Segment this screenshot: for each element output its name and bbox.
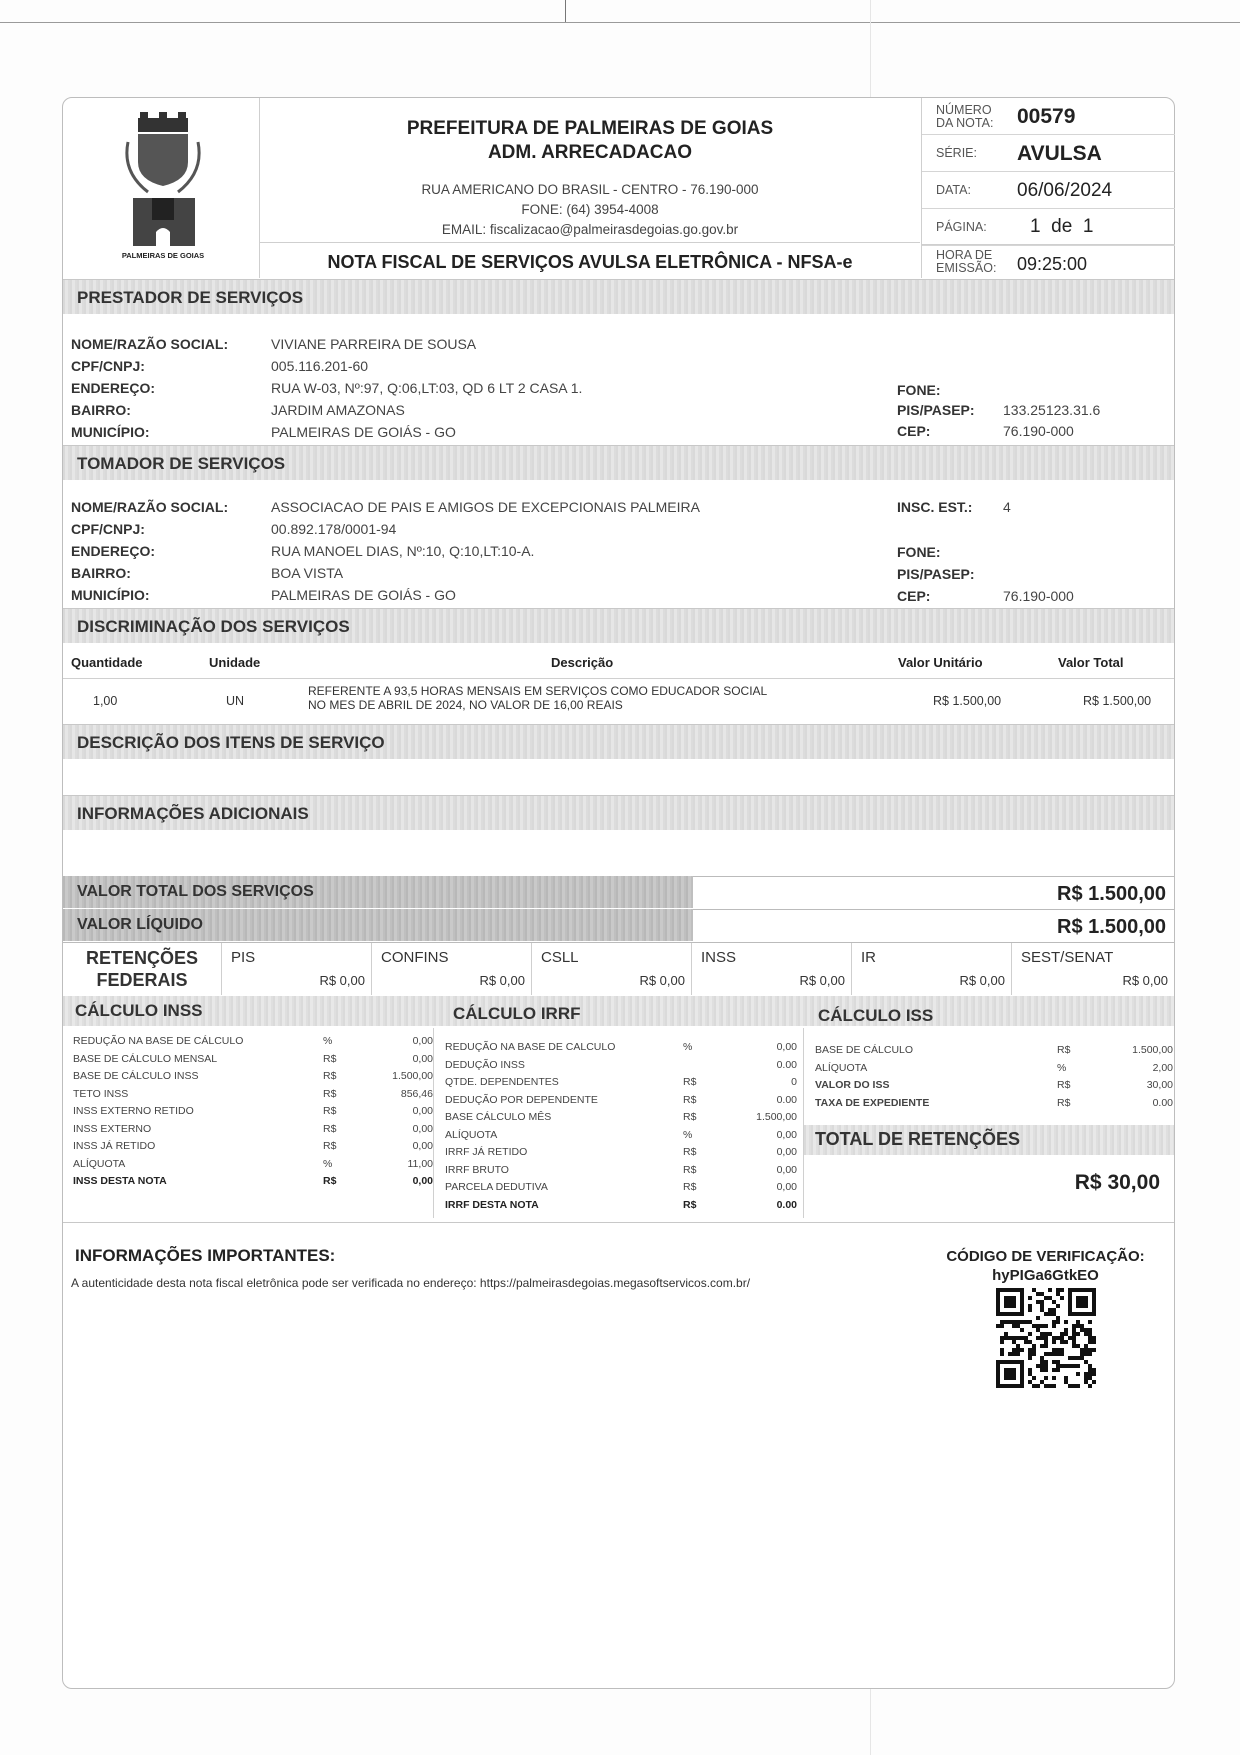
- prestador-cpf-label: CPF/CNPJ:: [71, 358, 145, 374]
- numero-label: NÚMERODA NOTA:: [936, 104, 993, 130]
- row-quantidade: 1,00: [93, 694, 117, 708]
- tomador-nome-label: NOME/RAZÃO SOCIAL:: [71, 499, 228, 515]
- data-value: 06/06/2024: [1017, 180, 1112, 202]
- prestador-fone-label: FONE:: [897, 382, 941, 398]
- serie-label: SÉRIE:: [936, 147, 977, 160]
- qr-code-icon[interactable]: [996, 1288, 1096, 1388]
- tomador-insc: 4: [1003, 499, 1011, 515]
- calc-header-bar: [63, 996, 1174, 1026]
- valor-liquido: R$ 1.500,00: [1057, 916, 1166, 939]
- prestador-pis-label: PIS/PASEP:: [897, 402, 975, 418]
- calc-value: 0,00: [413, 1175, 433, 1187]
- calc-row: DEDUÇÃO INSS0.00: [445, 1059, 797, 1076]
- prestador-endereco: RUA W-03, Nº:97, Q:06,LT:03, QD 6 LT 2 C…: [271, 380, 582, 396]
- calc-row: INSS EXTERNOR$0,00: [73, 1123, 433, 1140]
- org-phone: FONE: (64) 3954-4008: [260, 202, 920, 217]
- calc-value: 0: [791, 1076, 797, 1088]
- tomador-cep: 76.190-000: [1003, 588, 1074, 604]
- tomador-municipio: PALMEIRAS DE GOIÁS - GO: [271, 587, 456, 603]
- header-meta: NÚMERODA NOTA: 00579 SÉRIE: AVULSA DATA:…: [921, 98, 1175, 278]
- calc-label: PARCELA DEDUTIVA: [445, 1181, 548, 1193]
- retencao-label: CSLL: [541, 949, 579, 966]
- retencao-inss: INSSR$ 0,00: [691, 943, 852, 995]
- numero-value: 00579: [1017, 105, 1075, 129]
- calc-label: QTDE. DEPENDENTES: [445, 1076, 559, 1088]
- nfsa-document: PALMEIRAS DE GOIAS PREFEITURA DE PALMEIR…: [62, 97, 1175, 1689]
- col-descricao: Descrição: [551, 655, 613, 670]
- calc-row: DEDUÇÃO POR DEPENDENTER$0.00: [445, 1094, 797, 1111]
- calc-value: 856,46: [401, 1088, 433, 1100]
- calc-row: BASE CÁLCULO MÊSR$1.500,00: [445, 1111, 797, 1128]
- calc-row: VALOR DO ISSR$30,00: [815, 1079, 1173, 1096]
- pagina-value: 1 de 1: [1030, 216, 1093, 238]
- calc-value: 0.00: [777, 1199, 797, 1211]
- tomador-insc-label: INSC. EST.:: [897, 499, 972, 515]
- calc-unit: %: [683, 1129, 692, 1141]
- calc-label: REDUÇÃO NA BASE DE CÁLCULO: [73, 1035, 243, 1047]
- calc-value: 2,00: [1153, 1062, 1173, 1074]
- calculo-iss-title: CÁLCULO ISS: [818, 1006, 933, 1026]
- calc-unit: R$: [683, 1164, 696, 1176]
- calc-label: IRRF JÁ RETIDO: [445, 1146, 527, 1158]
- calc-row: IRRF DESTA NOTAR$0.00: [445, 1199, 797, 1216]
- calc-unit: R$: [683, 1146, 696, 1158]
- calc-value: 0,00: [777, 1164, 797, 1176]
- retencao-value: R$ 0,00: [639, 973, 685, 988]
- data-label: DATA:: [936, 184, 971, 197]
- calc-unit: %: [323, 1035, 332, 1047]
- calc-value: 0.00: [1153, 1097, 1173, 1109]
- calc-value: 0,00: [777, 1181, 797, 1193]
- calc-value: 1.500,00: [1132, 1044, 1173, 1056]
- calc-value: 0,00: [413, 1105, 433, 1117]
- row-valor-unitario: R$ 1.500,00: [933, 694, 1001, 708]
- calc-unit: R$: [323, 1088, 336, 1100]
- retencoes-federais: RETENÇÕESFEDERAIS PISR$ 0,00CONFINSR$ 0,…: [63, 942, 1174, 995]
- calc-row: ALÍQUOTA%2,00: [815, 1062, 1173, 1079]
- section-prestador: PRESTADOR DE SERVIÇOS: [63, 279, 1174, 314]
- valor-total-box: R$ 1.500,00: [693, 876, 1174, 909]
- hora-value: 09:25:00: [1017, 254, 1087, 275]
- svg-text:PALMEIRAS DE GOIAS: PALMEIRAS DE GOIAS: [122, 251, 204, 260]
- section-itens: DESCRIÇÃO DOS ITENS DE SERVIÇO: [63, 724, 1174, 759]
- calc-value: 0,00: [413, 1123, 433, 1135]
- section-info-adicionais: INFORMAÇÕES ADICIONAIS: [63, 795, 1174, 830]
- retencao-label: INSS: [701, 949, 736, 966]
- calc-label: REDUÇÃO NA BASE DE CALCULO: [445, 1041, 615, 1053]
- calc-unit: R$: [323, 1123, 336, 1135]
- informacoes-title: INFORMAÇÕES IMPORTANTES:: [75, 1246, 335, 1266]
- retencao-label: CONFINS: [381, 949, 449, 966]
- calc-value: 0,00: [777, 1041, 797, 1053]
- prestador-municipio-label: MUNICÍPIO:: [71, 424, 150, 440]
- header-center: PREFEITURA DE PALMEIRAS DE GOIAS ADM. AR…: [260, 98, 920, 278]
- prestador-cpf: 005.116.201-60: [271, 358, 368, 374]
- calc-row: INSS DESTA NOTAR$0,00: [73, 1175, 433, 1192]
- tomador-bairro: BOA VISTA: [271, 565, 343, 581]
- calc-label: ALÍQUOTA: [73, 1158, 125, 1170]
- section-tomador: TOMADOR DE SERVIÇOS: [63, 445, 1174, 480]
- retencao-pis: PISR$ 0,00: [221, 943, 372, 995]
- meta-data: DATA: 06/06/2024: [922, 172, 1175, 209]
- retencao-label: IR: [861, 949, 876, 966]
- calc-label: INSS DESTA NOTA: [73, 1175, 167, 1187]
- calc-label: BASE CÁLCULO MÊS: [445, 1111, 551, 1123]
- calc-value: 1.500,00: [756, 1111, 797, 1123]
- meta-serie: SÉRIE: AVULSA: [922, 135, 1175, 172]
- coat-of-arms-icon: PALMEIRAS DE GOIAS: [108, 112, 218, 262]
- prestador-cep: 76.190-000: [1003, 423, 1074, 439]
- scan-edge-line: [0, 22, 1240, 23]
- calc-unit: R$: [1057, 1044, 1070, 1056]
- calc-value: 0,00: [777, 1146, 797, 1158]
- total-retencoes-title: TOTAL DE RETENÇÕES: [815, 1129, 1020, 1150]
- retencao-value: R$ 0,00: [959, 973, 1005, 988]
- scan-edge-mark: [565, 0, 566, 22]
- calc-value: 0.00: [777, 1094, 797, 1106]
- row-descricao-1: REFERENTE A 93,5 HORAS MENSAIS EM SERVIÇ…: [308, 684, 767, 698]
- prestador-pis: 133.25123.31.6: [1003, 402, 1100, 418]
- row-descricao-2: NO MES DE ABRIL DE 2024, NO VALOR DE 16,…: [308, 698, 623, 712]
- divider: [803, 1028, 804, 1218]
- tomador-cpf: 00.892.178/0001-94: [271, 521, 396, 537]
- prestador-bairro: JARDIM AMAZONAS: [271, 402, 405, 418]
- prestador-nome-label: NOME/RAZÃO SOCIAL:: [71, 336, 228, 352]
- calc-label: ALÍQUOTA: [815, 1062, 867, 1074]
- org-email: EMAIL: fiscalizacao@palmeirasdegoias.go.…: [260, 222, 920, 237]
- calc-row: PARCELA DEDUTIVAR$0,00: [445, 1181, 797, 1198]
- hora-label: HORA DEEMISSÃO:: [936, 249, 996, 275]
- calc-row: BASE DE CÁLCULO INSSR$1.500,00: [73, 1070, 433, 1087]
- calc-row: QTDE. DEPENDENTESR$0: [445, 1076, 797, 1093]
- pagina-label: PÁGINA:: [936, 221, 987, 234]
- calc-unit: %: [683, 1041, 692, 1053]
- col-valor-total: Valor Total: [1058, 655, 1124, 670]
- valor-liquido-label-bar: VALOR LÍQUIDO: [63, 909, 693, 941]
- calc-unit: R$: [683, 1076, 696, 1088]
- calc-label: IRRF BRUTO: [445, 1164, 509, 1176]
- calc-unit: R$: [323, 1175, 336, 1187]
- calc-row: IRRF JÁ RETIDOR$0,00: [445, 1146, 797, 1163]
- calculo-irrf-title: CÁLCULO IRRF: [453, 1004, 580, 1024]
- calc-value: 0,00: [413, 1035, 433, 1047]
- serie-value: AVULSA: [1017, 142, 1102, 166]
- col-unidade: Unidade: [209, 655, 260, 670]
- prestador-endereco-label: ENDEREÇO:: [71, 380, 155, 396]
- calc-row: BASE DE CÁLCULO MENSALR$0,00: [73, 1053, 433, 1070]
- calc-label: TAXA DE EXPEDIENTE: [815, 1097, 929, 1109]
- calc-unit: R$: [323, 1140, 336, 1152]
- row-valor-total: R$ 1.500,00: [1083, 694, 1151, 708]
- calc-row: ALÍQUOTA%0,00: [445, 1129, 797, 1146]
- calc-unit: R$: [1057, 1079, 1070, 1091]
- calc-value: 11,00: [408, 1158, 434, 1170]
- calc-label: INSS JÁ RETIDO: [73, 1140, 155, 1152]
- retencao-label: PIS: [231, 949, 255, 966]
- prestador-cep-label: CEP:: [897, 423, 930, 439]
- retencao-value: R$ 0,00: [479, 973, 525, 988]
- tomador-nome: ASSOCIACAO DE PAIS E AMIGOS DE EXCEPCION…: [271, 499, 700, 515]
- verificacao-code: hyPIGa6GtkEO: [923, 1267, 1168, 1284]
- retencoes-title: RETENÇÕESFEDERAIS: [63, 943, 222, 995]
- calc-label: INSS EXTERNO RETIDO: [73, 1105, 194, 1117]
- prestador-bairro-label: BAIRRO:: [71, 402, 131, 418]
- calc-unit: R$: [1057, 1097, 1070, 1109]
- table-row: 1,00 UN REFERENTE A 93,5 HORAS MENSAIS E…: [63, 682, 1174, 720]
- calc-row: TAXA DE EXPEDIENTER$0.00: [815, 1097, 1173, 1114]
- meta-numero: NÚMERODA NOTA: 00579: [922, 98, 1175, 135]
- col-valor-unitario: Valor Unitário: [898, 655, 983, 670]
- calc-row: TETO INSSR$856,46: [73, 1088, 433, 1105]
- calc-unit: R$: [323, 1053, 336, 1065]
- org-name: PREFEITURA DE PALMEIRAS DE GOIAS: [260, 118, 920, 140]
- calc-label: BASE DE CÁLCULO INSS: [73, 1070, 198, 1082]
- verificacao-label: CÓDIGO DE VERIFICAÇÃO:: [923, 1248, 1168, 1265]
- calc-row: BASE DE CÁLCULOR$1.500,00: [815, 1044, 1173, 1061]
- calc-row: IRRF BRUTOR$0,00: [445, 1164, 797, 1181]
- calc-label: BASE DE CÁLCULO: [815, 1044, 913, 1056]
- calc-unit: %: [323, 1158, 332, 1170]
- retencao-value: R$ 0,00: [319, 973, 365, 988]
- calc-label: INSS EXTERNO: [73, 1123, 151, 1135]
- divider: [63, 1222, 1174, 1223]
- calc-row: INSS EXTERNO RETIDOR$0,00: [73, 1105, 433, 1122]
- calc-label: VALOR DO ISS: [815, 1079, 889, 1091]
- valor-liquido-box: R$ 1.500,00: [693, 909, 1174, 942]
- calculo-inss-title: CÁLCULO INSS: [75, 1001, 203, 1021]
- calc-label: TETO INSS: [73, 1088, 128, 1100]
- tomador-endereco: RUA MANOEL DIAS, Nº:10, Q:10,LT:10-A.: [271, 543, 534, 559]
- tomador-bairro-label: BAIRRO:: [71, 565, 131, 581]
- calc-unit: %: [1057, 1062, 1066, 1074]
- calc-label: ALÍQUOTA: [445, 1129, 497, 1141]
- meta-hora: HORA DEEMISSÃO: 09:25:00: [922, 244, 1175, 281]
- tomador-endereco-label: ENDEREÇO:: [71, 543, 155, 559]
- calc-row: REDUÇÃO NA BASE DE CALCULO%0,00: [445, 1041, 797, 1058]
- tomador-cpf-label: CPF/CNPJ:: [71, 521, 145, 537]
- calc-value: 0,00: [413, 1053, 433, 1065]
- col-quantidade: Quantidade: [71, 655, 143, 670]
- meta-pagina: PÁGINA: 1 de 1: [922, 209, 1175, 246]
- calc-row: ALÍQUOTA%11,00: [73, 1158, 433, 1175]
- calc-unit: R$: [683, 1111, 696, 1123]
- retencao-label: SEST/SENAT: [1021, 949, 1113, 966]
- retencao-sestsenat: SEST/SENATR$ 0,00: [1011, 943, 1174, 995]
- valor-total: R$ 1.500,00: [1057, 883, 1166, 906]
- calc-label: BASE DE CÁLCULO MENSAL: [73, 1053, 217, 1065]
- tomador-municipio-label: MUNICÍPIO:: [71, 587, 150, 603]
- calc-unit: R$: [683, 1094, 696, 1106]
- calc-value: 1.500,00: [392, 1070, 433, 1082]
- calc-row: REDUÇÃO NA BASE DE CÁLCULO%0,00: [73, 1035, 433, 1052]
- retencao-confins: CONFINSR$ 0,00: [371, 943, 532, 995]
- retencao-ir: IRR$ 0,00: [851, 943, 1012, 995]
- calc-unit: R$: [683, 1199, 696, 1211]
- calc-unit: R$: [683, 1181, 696, 1193]
- divider: [260, 242, 920, 243]
- calc-value: 0,00: [413, 1140, 433, 1152]
- org-dept: ADM. ARRECADACAO: [260, 142, 920, 164]
- org-address: RUA AMERICANO DO BRASIL - CENTRO - 76.19…: [260, 182, 920, 197]
- calc-label: IRRF DESTA NOTA: [445, 1199, 539, 1211]
- calc-value: 0.00: [777, 1059, 797, 1071]
- row-unidade: UN: [226, 694, 244, 708]
- tomador-fone-label: FONE:: [897, 544, 941, 560]
- calc-label: DEDUÇÃO POR DEPENDENTE: [445, 1094, 598, 1106]
- informacoes-text: A autenticidade desta nota fiscal eletrô…: [71, 1276, 750, 1290]
- divider: [433, 1028, 434, 1218]
- header-logo-cell: PALMEIRAS DE GOIAS: [63, 98, 260, 278]
- retencao-value: R$ 0,00: [1122, 973, 1168, 988]
- calc-label: DEDUÇÃO INSS: [445, 1059, 525, 1071]
- valor-total-label-bar: VALOR TOTAL DOS SERVIÇOS: [63, 876, 693, 908]
- calc-value: 0,00: [777, 1129, 797, 1141]
- prestador-municipio: PALMEIRAS DE GOIÁS - GO: [271, 424, 456, 440]
- document-title: NOTA FISCAL DE SERVIÇOS AVULSA ELETRÔNIC…: [260, 252, 920, 273]
- calc-unit: R$: [323, 1070, 336, 1082]
- tomador-pis-label: PIS/PASEP:: [897, 566, 975, 582]
- retencao-csll: CSLLR$ 0,00: [531, 943, 692, 995]
- calc-unit: R$: [323, 1105, 336, 1117]
- calc-row: INSS JÁ RETIDOR$0,00: [73, 1140, 433, 1157]
- tomador-cep-label: CEP:: [897, 588, 930, 604]
- prestador-nome: VIVIANE PARREIRA DE SOUSA: [271, 336, 476, 352]
- divider: [63, 678, 1174, 679]
- section-discriminacao: DISCRIMINAÇÃO DOS SERVIÇOS: [63, 608, 1174, 643]
- total-retencoes-value: R$ 30,00: [1075, 1171, 1160, 1195]
- calc-value: 30,00: [1147, 1079, 1173, 1091]
- retencao-value: R$ 0,00: [799, 973, 845, 988]
